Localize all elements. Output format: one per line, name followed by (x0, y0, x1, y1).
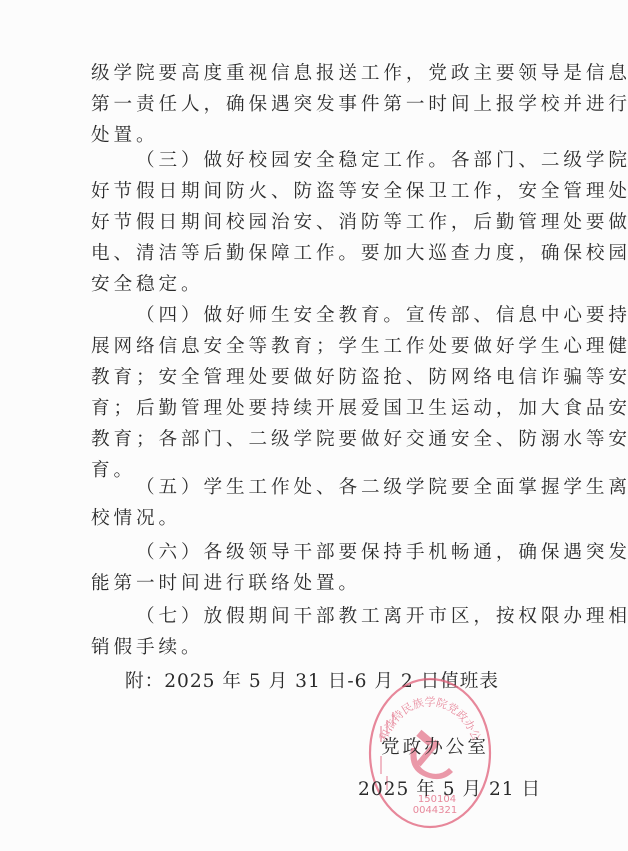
paragraph-leader-contact: （六）各级领导干部要保持手机畅通，确保遇突发情况 能第一时间进行联络处置。 (91, 537, 543, 599)
text-line: （六）各级领导干部要保持手机畅通，确保遇突发情况 (91, 537, 543, 568)
text-line: 级学院要高度重视信息报送工作，党政主要领导是信息报送 (91, 58, 543, 89)
text-line: （七）放假期间干部教工离开市区，按权限办理相关请 (91, 601, 543, 632)
text-line: 校情况。 (91, 503, 543, 534)
paragraph-reporting: 级学院要高度重视信息报送工作，党政主要领导是信息报送 第一责任人，确保遇突发事件… (91, 58, 543, 151)
paragraph-safety-education: （四）做好师生安全教育。宣传部、信息中心要持续开 展网络信息安全等教育；学生工作… (91, 300, 543, 486)
document-page: 级学院要高度重视信息报送工作，党政主要领导是信息报送 第一责任人，确保遇突发事件… (0, 0, 628, 851)
attachment-note: 附：2025 年 5 月 31 日-6 月 2 日值班表 (125, 666, 499, 697)
paragraph-leave-procedure: （七）放假期间干部教工离开市区，按权限办理相关请 销假手续。 (91, 601, 543, 663)
text-line: 第一责任人，确保遇突发事件第一时间上报学校并进行有效 (91, 89, 543, 120)
svg-text:0044321: 0044321 (413, 805, 458, 816)
paragraph-student-return: （五）学生工作处、各二级学院要全面掌握学生离校返 校情况。 (91, 472, 543, 534)
text-line: （三）做好校园安全稳定工作。各部门、二级学院要做 (91, 145, 543, 176)
text-line: 教育；安全管理处要做好防盗抢、防网络电信诈骗等安全教 (91, 362, 543, 393)
text-line: 能第一时间进行联络处置。 (91, 568, 543, 599)
text-line: 电、清洁等后勤保障工作。要加大巡查力度，确保校园持续 (91, 238, 543, 269)
text-line: （四）做好师生安全教育。宣传部、信息中心要持续开 (91, 300, 543, 331)
text-line: （五）学生工作处、各二级学院要全面掌握学生离校返 (91, 472, 543, 503)
signature-organization: 党政办公室 (381, 733, 489, 759)
text-line: 育；后勤管理处要持续开展爱国卫生运动，加大食品安全等 (91, 393, 543, 424)
text-line: 展网络信息安全等教育；学生工作处要做好学生心理健康等 (91, 331, 543, 362)
text-line: 销假手续。 (91, 632, 543, 663)
text-line: 教育；各部门、二级学院要做好交通安全、防溺水等安全教 (91, 424, 543, 455)
text-line: 好节假日期间校园治安、消防等工作，后勤管理处要做好水 (91, 207, 543, 238)
paragraph-campus-safety: （三）做好校园安全稳定工作。各部门、二级学院要做 好节假日期间防火、防盗等安全保… (91, 145, 543, 300)
signature-date: 2025 年 5 月 21 日 (358, 775, 541, 801)
text-line: 好节假日期间防火、防盗等安全保卫工作，安全管理处要做 (91, 176, 543, 207)
text-line: 安全稳定。 (91, 269, 543, 300)
